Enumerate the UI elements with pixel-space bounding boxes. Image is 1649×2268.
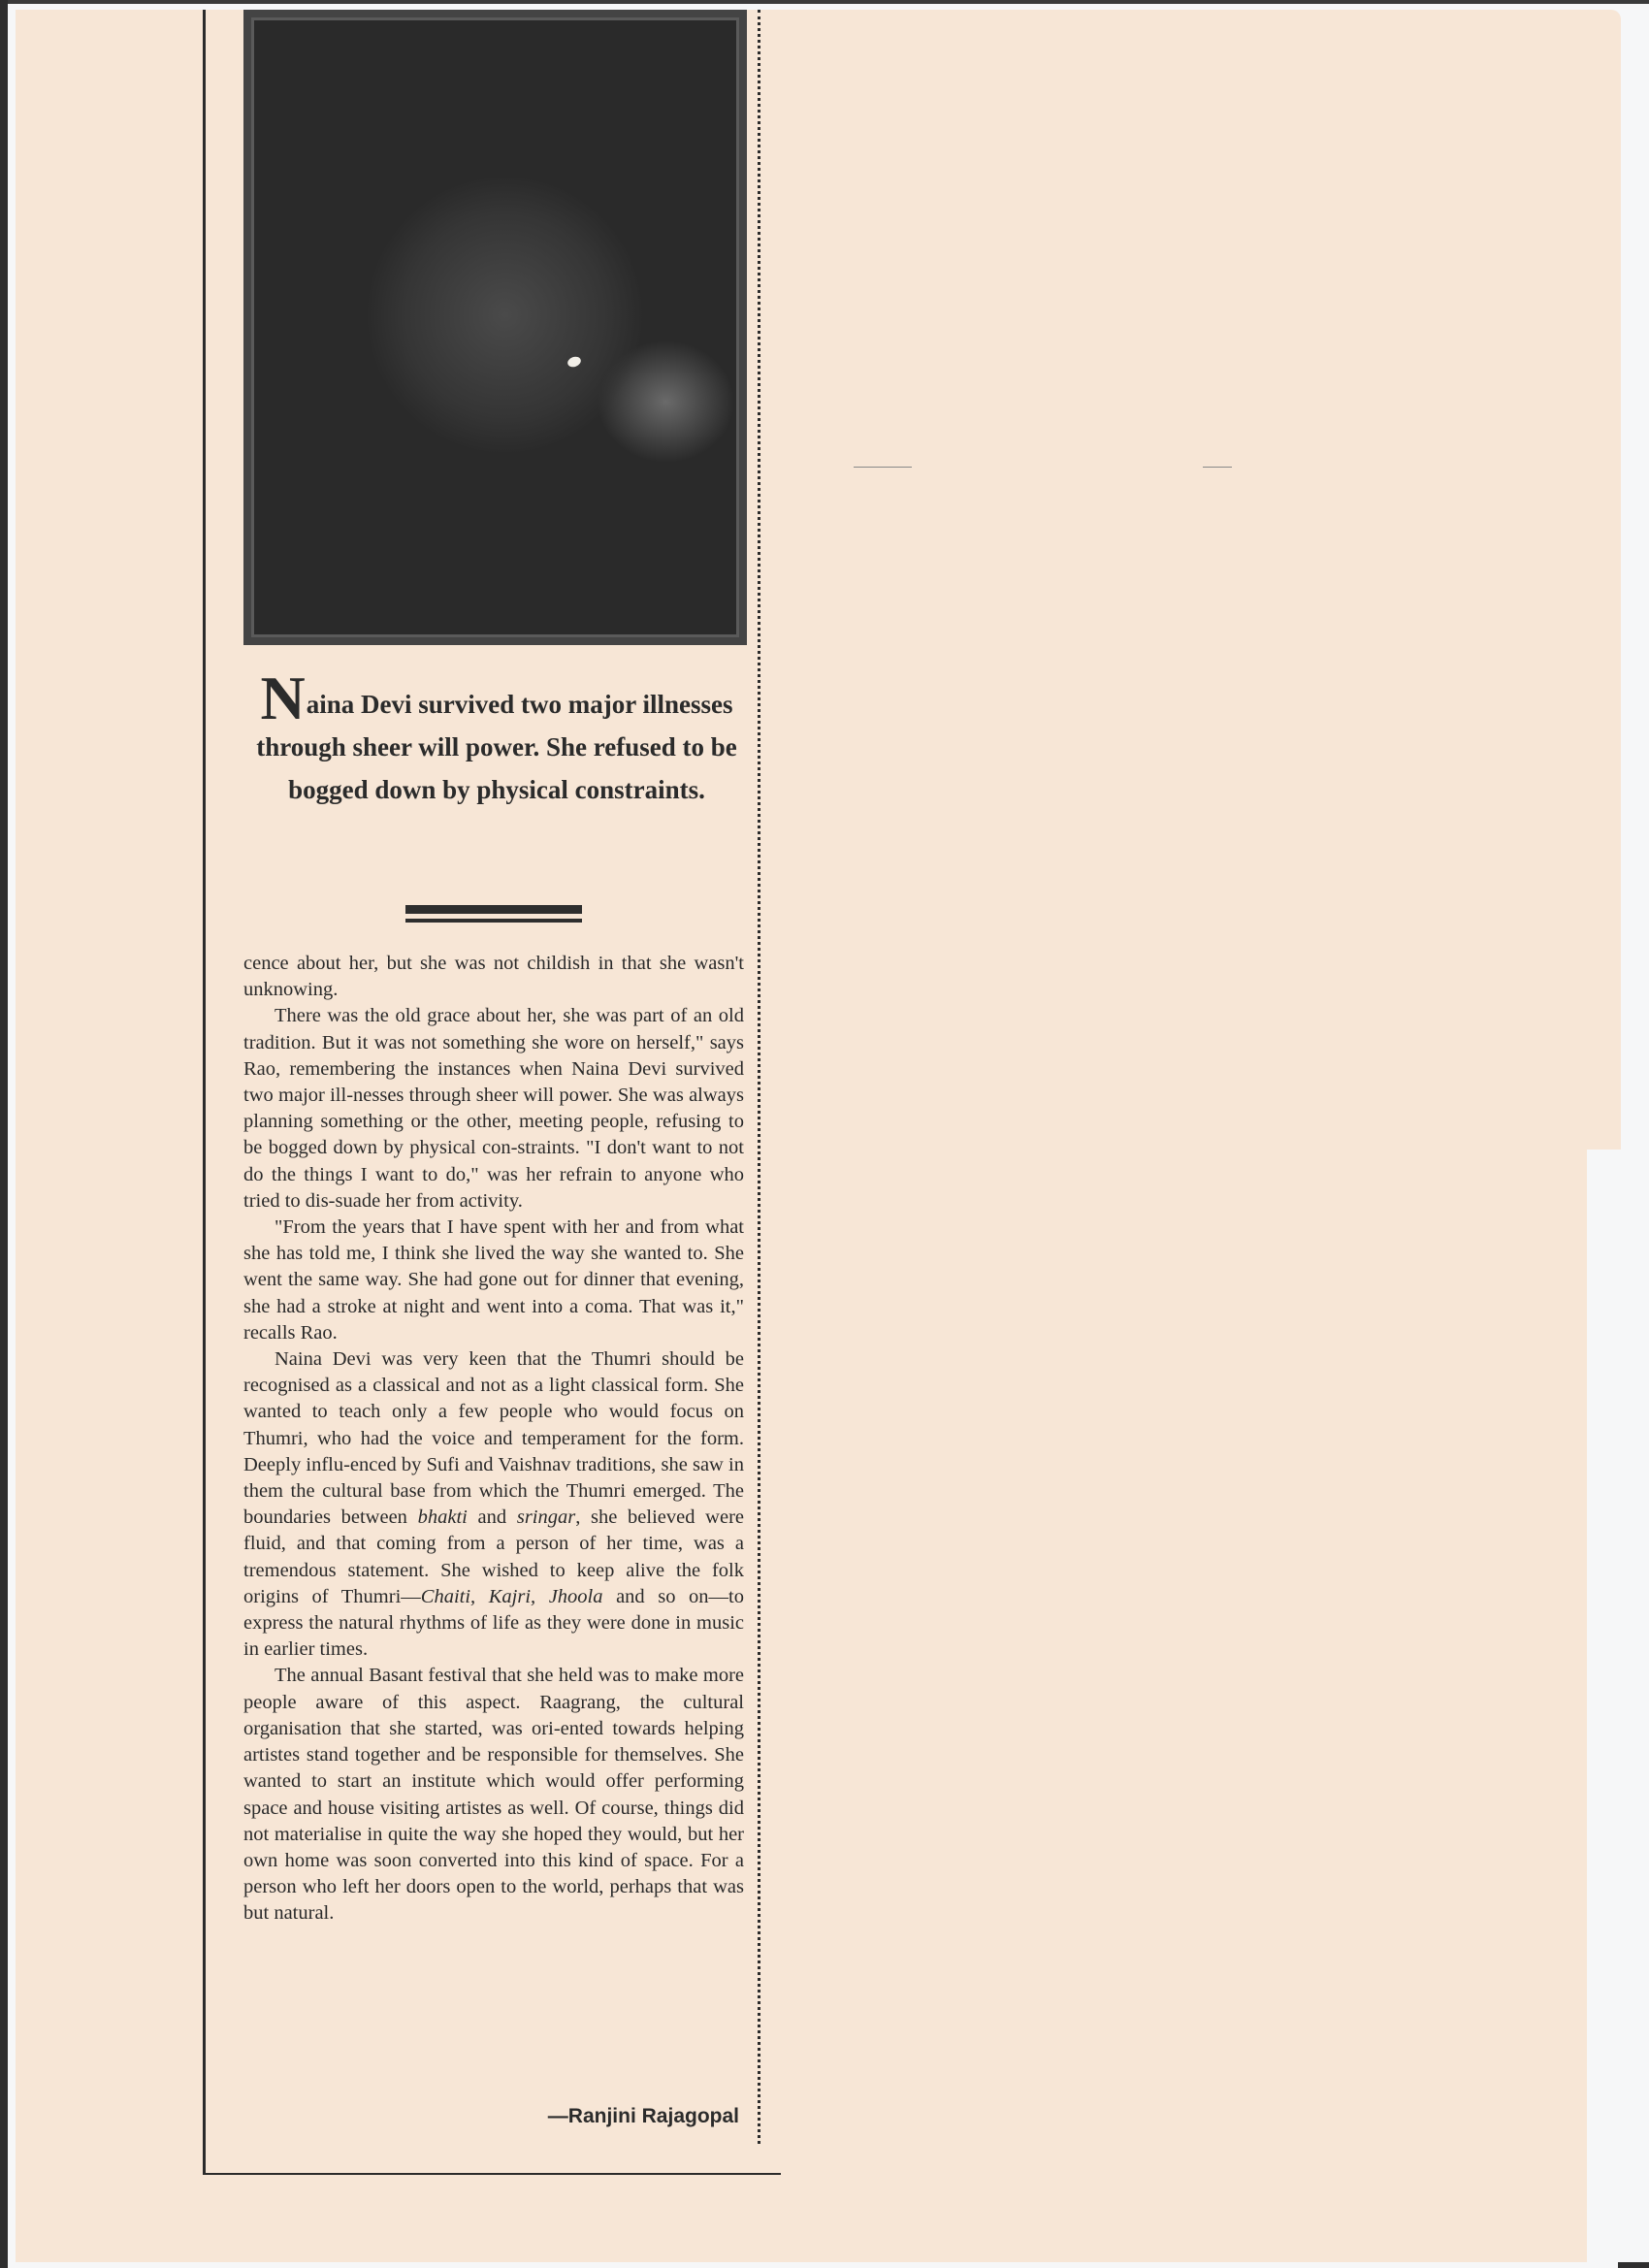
- paragraph-5: The annual Basant festival that she held…: [243, 1663, 744, 1927]
- paragraph-4-part: Naina Devi was very keen that the Thumri…: [243, 1348, 744, 1528]
- divider-thin-bar: [405, 919, 582, 923]
- paper-torn-edge: [1587, 1150, 1626, 2268]
- column-rule-left: [203, 10, 206, 2175]
- scanner-edge-bottom: [1618, 2262, 1649, 2268]
- term-sringar: sringar: [517, 1507, 575, 1528]
- paragraph-4: Naina Devi was very keen that the Thumri…: [243, 1346, 744, 1663]
- scan-mark: [854, 467, 912, 468]
- column-rule-bottom: [203, 2173, 781, 2175]
- column-rule-right-dotted: [758, 10, 760, 2144]
- paragraph-1: cence about her, but she was not childis…: [243, 951, 744, 1003]
- paragraph-3: "From the years that I have spent with h…: [243, 1215, 744, 1346]
- photo-speck: [566, 355, 583, 369]
- divider-thick-bar: [405, 905, 582, 914]
- article-body: cence about her, but she was not childis…: [243, 951, 744, 1928]
- paragraph-2: There was the old grace about her, she w…: [243, 1003, 744, 1215]
- scanner-edge-left: [0, 0, 8, 2268]
- pull-quote-divider: [405, 905, 582, 923]
- scanner-edge-top: [0, 0, 1649, 4]
- term-bhakti: bhakti: [418, 1507, 468, 1528]
- portrait-photo: [243, 10, 747, 645]
- author-byline: —Ranjini Rajagopal: [388, 2105, 739, 2128]
- terms-folk-forms: Chaiti, Kajri, Jhoola: [421, 1586, 603, 1607]
- paragraph-4-part: and: [468, 1507, 517, 1528]
- pull-quote-text: aina Devi survived two major illnesses t…: [256, 690, 737, 804]
- scan-mark: [1203, 467, 1232, 468]
- pull-quote: Naina Devi survived two major illnesses …: [244, 679, 749, 811]
- pull-quote-dropcap: N: [261, 664, 306, 732]
